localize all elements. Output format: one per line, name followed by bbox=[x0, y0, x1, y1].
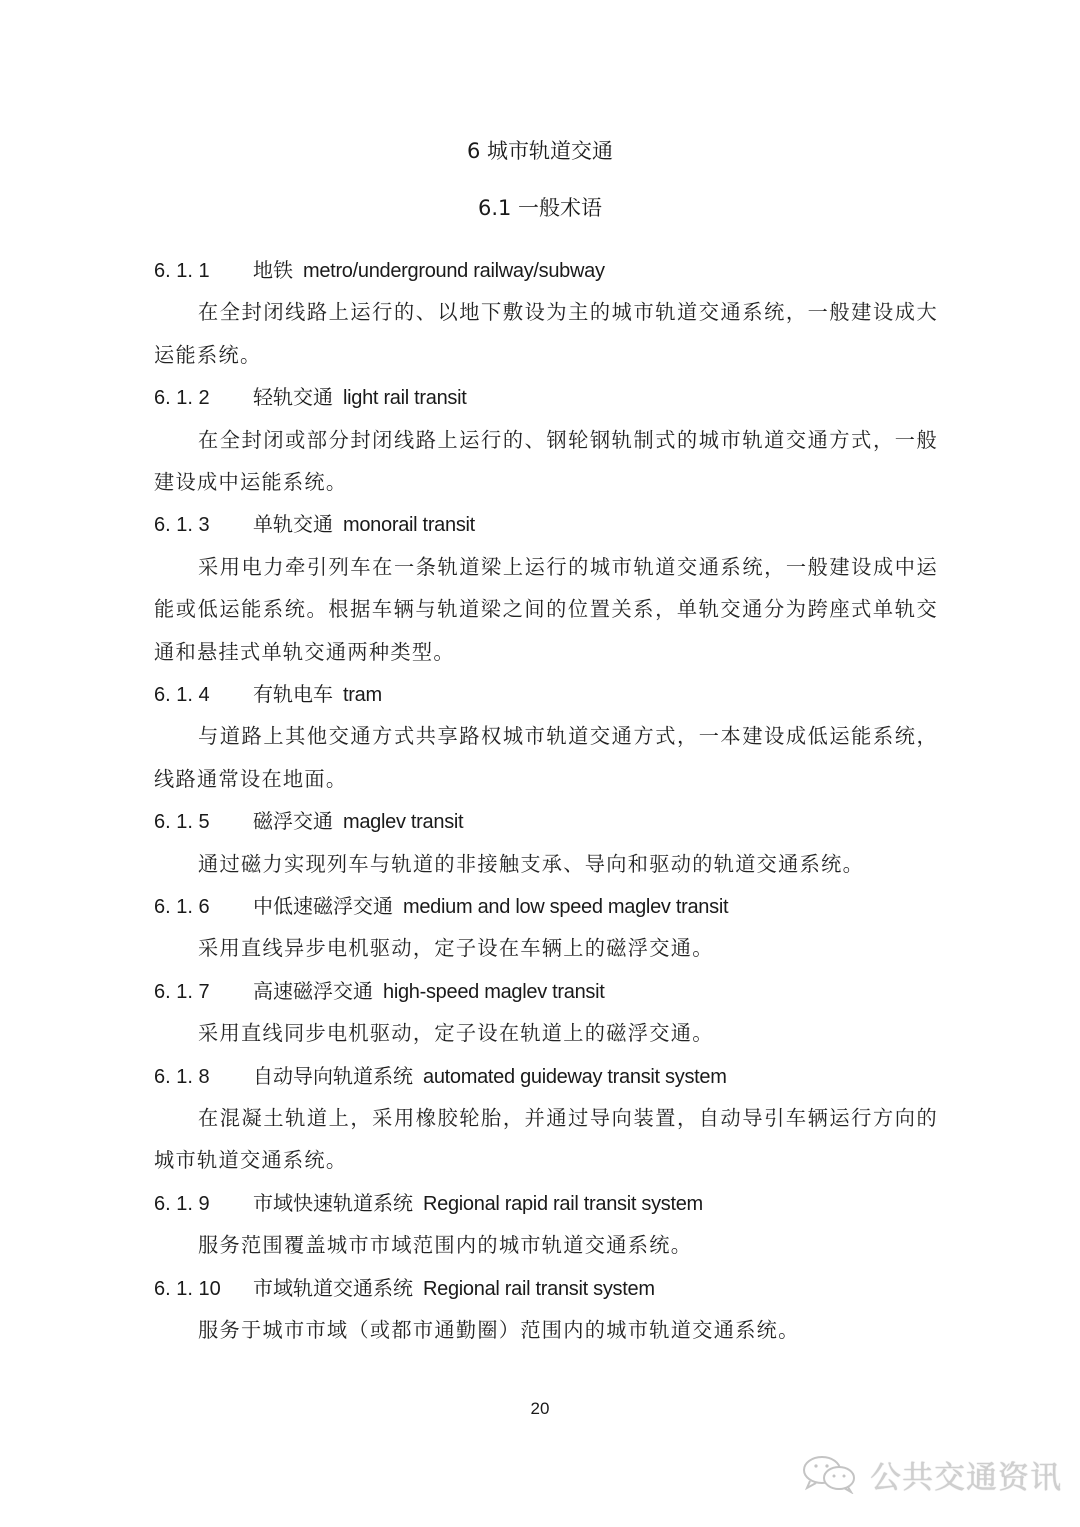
term-definition: 在全封闭或部分封闭线路上运行的、钢轮钢轨制式的城市轨道交通方式，一般建设成中运能… bbox=[154, 419, 938, 504]
term-heading: 6. 1. 5磁浮交通maglev transit bbox=[154, 800, 938, 842]
term-number: 6. 1. 10 bbox=[154, 1268, 253, 1310]
term-chinese: 轻轨交通 bbox=[253, 385, 333, 409]
term-chinese: 地铁 bbox=[253, 258, 293, 282]
term-definition: 采用直线异步电机驱动，定子设在车辆上的磁浮交通。 bbox=[154, 927, 938, 969]
term-chinese: 单轨交通 bbox=[253, 512, 333, 536]
document-page: 6 城市轨道交通 6.1 一般术语 6. 1. 1地铁metro/undergr… bbox=[0, 0, 1080, 1527]
term-entry: 6. 1. 10市域轨道交通系统Regional rail transit sy… bbox=[154, 1267, 938, 1352]
term-english: metro/underground railway/subway bbox=[303, 260, 605, 282]
term-number: 6. 1. 3 bbox=[154, 504, 253, 546]
term-entry: 6. 1. 4有轨电车tram 与道路上其他交通方式共享路权城市轨道交通方式，一… bbox=[154, 673, 938, 800]
term-number: 6. 1. 2 bbox=[154, 377, 253, 419]
term-definition: 通过磁力实现列车与轨道的非接触支承、导向和驱动的轨道交通系统。 bbox=[154, 843, 938, 885]
term-english: Regional rail transit system bbox=[423, 1278, 655, 1300]
term-english: light rail transit bbox=[343, 387, 467, 409]
term-english: monorail transit bbox=[343, 514, 475, 536]
term-chinese: 自动导向轨道系统 bbox=[253, 1064, 413, 1088]
term-definition: 与道路上其他交通方式共享路权城市轨道交通方式，一本建设成低运能系统，线路通常设在… bbox=[154, 715, 938, 800]
term-number: 6. 1. 6 bbox=[154, 886, 253, 928]
term-entry: 6. 1. 9市域快速轨道系统Regional rapid rail trans… bbox=[154, 1182, 938, 1267]
wechat-icon bbox=[800, 1454, 862, 1494]
section-title: 6.1 一般术语 bbox=[0, 193, 1080, 223]
term-definition: 采用电力牵引列车在一条轨道梁上运行的城市轨道交通系统，一般建设成中运能或低运能系… bbox=[154, 546, 938, 673]
term-definition: 在全封闭线路上运行的、以地下敷设为主的城市轨道交通系统，一般建设成大运能系统。 bbox=[154, 291, 938, 376]
term-chinese: 市域轨道交通系统 bbox=[253, 1276, 413, 1300]
term-heading: 6. 1. 8自动导向轨道系统automated guideway transi… bbox=[154, 1055, 938, 1097]
term-entry: 6. 1. 2轻轨交通light rail transit 在全封闭或部分封闭线… bbox=[154, 376, 938, 503]
term-heading: 6. 1. 1地铁metro/underground railway/subwa… bbox=[154, 249, 938, 291]
term-chinese: 市域快速轨道系统 bbox=[253, 1191, 413, 1215]
watermark-text: 公共交通资讯 bbox=[870, 1452, 1062, 1497]
term-heading: 6. 1. 7高速磁浮交通high-speed maglev transit bbox=[154, 970, 938, 1012]
term-entry: 6. 1. 8自动导向轨道系统automated guideway transi… bbox=[154, 1055, 938, 1182]
term-chinese: 有轨电车 bbox=[253, 682, 333, 706]
term-entry: 6. 1. 3单轨交通monorail transit 采用电力牵引列车在一条轨… bbox=[154, 503, 938, 673]
term-number: 6. 1. 9 bbox=[154, 1183, 253, 1225]
term-definition: 在混凝土轨道上，采用橡胶轮胎，并通过导向装置，自动导引车辆运行方向的城市轨道交通… bbox=[154, 1097, 938, 1182]
term-english: automated guideway transit system bbox=[423, 1066, 727, 1088]
term-english: tram bbox=[343, 684, 382, 706]
term-heading: 6. 1. 4有轨电车tram bbox=[154, 673, 938, 715]
term-definition: 服务于城市市域（或都市通勤圈）范围内的城市轨道交通系统。 bbox=[154, 1309, 938, 1351]
term-entry: 6. 1. 6中低速磁浮交通medium and low speed magle… bbox=[154, 885, 938, 970]
term-chinese: 磁浮交通 bbox=[253, 809, 333, 833]
term-english: high-speed maglev transit bbox=[383, 981, 605, 1003]
chapter-title: 6 城市轨道交通 bbox=[0, 136, 1080, 166]
term-entry: 6. 1. 1地铁metro/underground railway/subwa… bbox=[154, 249, 938, 376]
term-heading: 6. 1. 2轻轨交通light rail transit bbox=[154, 376, 938, 418]
page-number: 20 bbox=[0, 1398, 1080, 1420]
term-chinese: 中低速磁浮交通 bbox=[253, 894, 393, 918]
term-heading: 6. 1. 3单轨交通monorail transit bbox=[154, 503, 938, 545]
term-definition: 采用直线同步电机驱动，定子设在轨道上的磁浮交通。 bbox=[154, 1012, 938, 1054]
term-heading: 6. 1. 9市域快速轨道系统Regional rapid rail trans… bbox=[154, 1182, 938, 1224]
term-number: 6. 1. 5 bbox=[154, 801, 253, 843]
term-list: 6. 1. 1地铁metro/underground railway/subwa… bbox=[154, 249, 938, 1351]
term-number: 6. 1. 7 bbox=[154, 971, 253, 1013]
term-number: 6. 1. 1 bbox=[154, 250, 253, 292]
term-english: Regional rapid rail transit system bbox=[423, 1193, 703, 1215]
term-entry: 6. 1. 5磁浮交通maglev transit 通过磁力实现列车与轨道的非接… bbox=[154, 800, 938, 885]
term-heading: 6. 1. 10市域轨道交通系统Regional rail transit sy… bbox=[154, 1267, 938, 1309]
watermark: 公共交通资讯 bbox=[800, 1452, 1062, 1496]
term-heading: 6. 1. 6中低速磁浮交通medium and low speed magle… bbox=[154, 885, 938, 927]
term-number: 6. 1. 8 bbox=[154, 1056, 253, 1098]
term-number: 6. 1. 4 bbox=[154, 674, 253, 716]
term-entry: 6. 1. 7高速磁浮交通high-speed maglev transit 采… bbox=[154, 970, 938, 1055]
term-english: medium and low speed maglev transit bbox=[403, 896, 728, 918]
term-chinese: 高速磁浮交通 bbox=[253, 979, 373, 1003]
term-english: maglev transit bbox=[343, 811, 463, 833]
term-definition: 服务范围覆盖城市市域范围内的城市轨道交通系统。 bbox=[154, 1224, 938, 1266]
